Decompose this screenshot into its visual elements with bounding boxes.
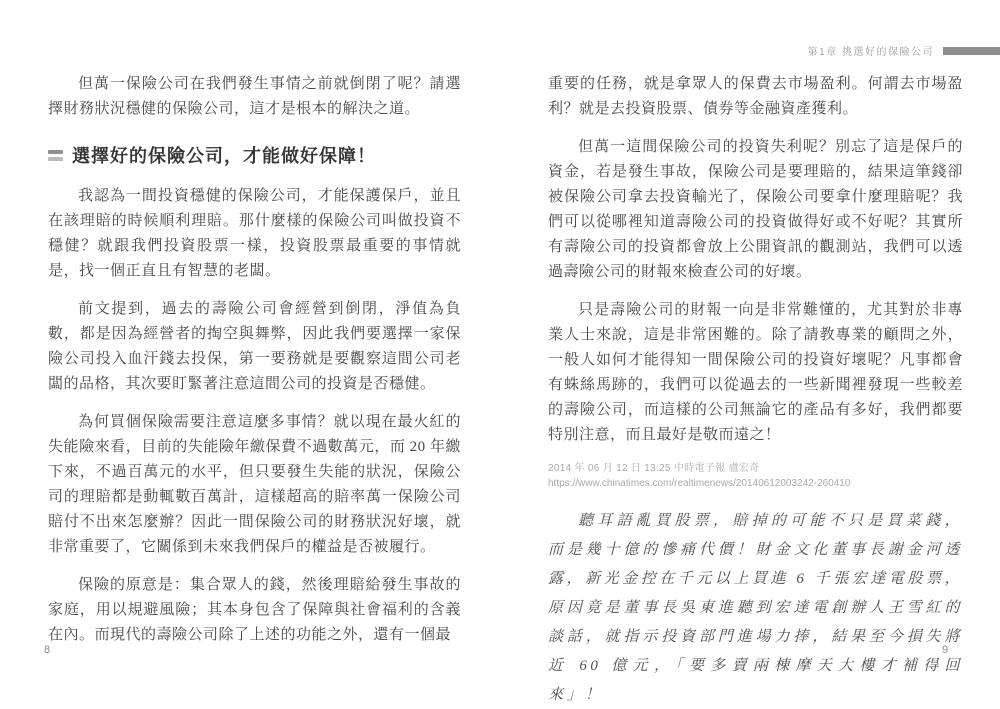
news-citation: 2014 年 06 月 12 日 13:25 中時電子報 盧宏奇 https:/… — [548, 461, 963, 491]
chapter-title: 第1章 挑選好的保險公司 — [808, 43, 934, 58]
paragraph: 只是壽險公司的財報一向是非常難懂的，尤其對於非專業人士來說，這是非常困難的。除了… — [548, 298, 963, 448]
citation-url: https://www.chinatimes.com/realtimenews/… — [548, 476, 963, 491]
paragraph: 但萬一這間保險公司的投資失利呢？別忘了這是保戶的資金，若是發生事故，保險公司是要… — [548, 135, 963, 285]
chapter-header: 第1章 挑選好的保險公司 — [808, 43, 1000, 58]
paragraph: 重要的任務，就是拿眾人的保費去市場盈利。何謂去市場盈利？就是去投資股票、債券等金… — [548, 72, 963, 122]
chapter-header-bar-icon — [943, 47, 1000, 55]
section-heading: 選擇好的保險公司，才能做好保障！ — [48, 142, 461, 168]
paragraph: 我認為一間投資穩健的保險公司，才能保護保戶，並且在該理賠的時候順利理賠。那什麼樣… — [48, 184, 461, 284]
citation-source: 2014 年 06 月 12 日 13:25 中時電子報 盧宏奇 — [548, 461, 963, 476]
section-marker-icon — [48, 150, 63, 161]
paragraph: 但萬一保險公司在我們發生事情之前就倒閉了呢？請選擇財務狀況穩健的保險公司，這才是… — [48, 72, 461, 122]
paragraph: 為何買個保險需要注意這麼多事情？就以現在最火紅的失能險來看，目前的失能險年繳保費… — [48, 410, 461, 560]
left-page: 但萬一保險公司在我們發生事情之前就倒閉了呢？請選擇財務狀況穩健的保險公司，這才是… — [48, 72, 461, 661]
section-heading-text: 選擇好的保險公司，才能做好保障！ — [72, 142, 376, 168]
right-page: 重要的任務，就是拿眾人的保費去市場盈利。何謂去市場盈利？就是去投資股票、債券等金… — [548, 72, 963, 709]
quote-paragraph: 聽耳語亂買股票，賠掉的可能不只是買菜錢，而是幾十億的慘痛代價！財金文化董事長謝金… — [548, 507, 963, 709]
page-number-left: 8 — [44, 644, 50, 656]
book-spread: 第1章 挑選好的保險公司 但萬一保險公司在我們發生事情之前就倒閉了呢？請選擇財務… — [0, 0, 1000, 709]
paragraph: 保險的原意是：集合眾人的錢，然後理賠給發生事故的家庭，用以規避風險；其本身包含了… — [48, 573, 461, 648]
page-number-right: 9 — [942, 644, 948, 656]
paragraph: 前文提到，過去的壽險公司會經營到倒閉，淨值為負數，都是因為經營者的掏空與舞弊，因… — [48, 297, 461, 397]
